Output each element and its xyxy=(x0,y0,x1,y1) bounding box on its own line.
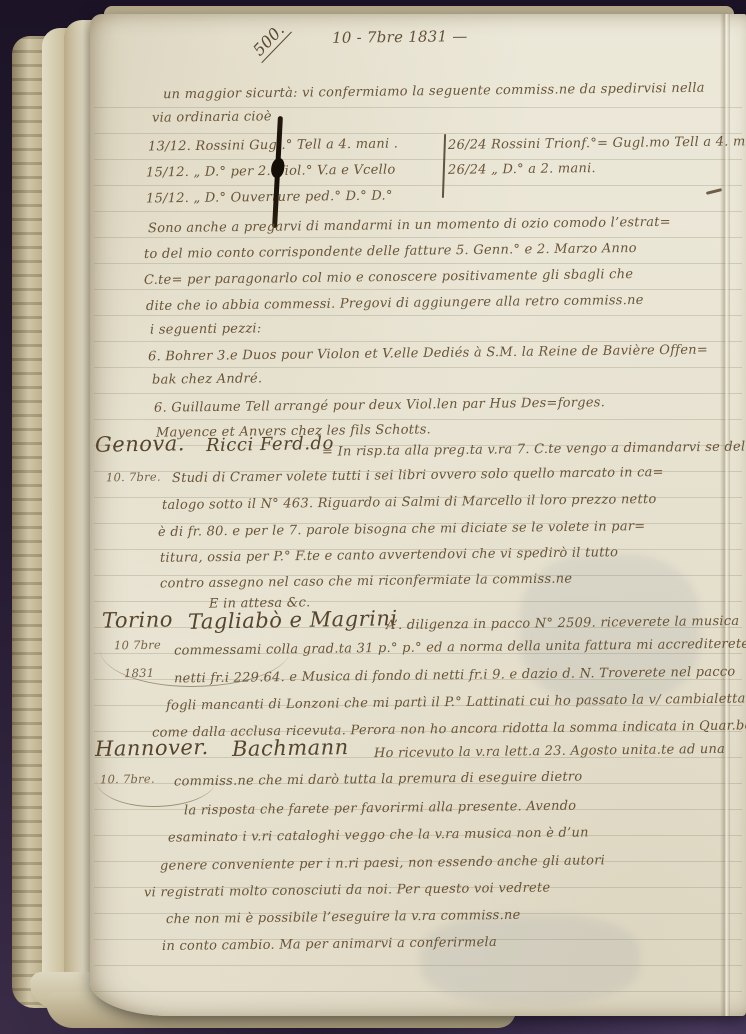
manuscript-line: C.te= per paragonarlo col mio e conoscer… xyxy=(144,267,633,288)
order-row-left: 13/12. Rossini Gugl.° Tell a 4. mani . xyxy=(148,136,398,154)
entry-correspondent-hannover: Bachmann xyxy=(232,735,349,761)
manuscript-line: titura, ossia per P.° F.te e canto avver… xyxy=(160,545,618,566)
manuscript-line: contro assegno nel caso che mi riconferm… xyxy=(160,571,572,591)
manuscript-line: Sono anche a pregarvi di mandarmi in un … xyxy=(148,215,671,236)
order-row-right: 26/24 „ D.° a 2. mani. xyxy=(448,161,596,178)
entry-place-torino: Torino xyxy=(102,607,173,632)
ink-blot xyxy=(272,116,283,228)
date-header: 10 - 7bre 1831 — xyxy=(332,27,468,47)
page-crease xyxy=(720,14,730,1016)
manuscript-line: in conto cambio. Ma per animarvi a confe… xyxy=(162,935,497,954)
manuscript-page: 500. 10 - 7bre 1831 — un maggior sicurtà… xyxy=(90,14,746,1016)
manuscript-line: talogo sotto il N° 463. Riguardo ai Salm… xyxy=(162,492,657,513)
manuscript-line: Ho ricevuto la v.ra lett.a 23. Agosto un… xyxy=(374,742,725,761)
manuscript-line: commiss.ne che mi darò tutta la premura … xyxy=(174,770,583,790)
order-row-left: 15/12. „ D.° Ouverture ped.° D.° D.° xyxy=(146,188,393,206)
manuscript-line: un maggior sicurtà: vi confermiamo la se… xyxy=(163,81,705,103)
margin-date-genova: 10. 7bre. xyxy=(106,470,161,485)
entry-correspondent-genova: Ricci Ferd.do xyxy=(206,433,334,456)
table-column-divider-stroke xyxy=(442,134,446,198)
manuscript-line: = In risp.ta alla preg.ta v.ra 7. C.te v… xyxy=(322,439,746,459)
manuscript-line: via ordinaria cioè xyxy=(152,109,272,125)
manuscript-line: genere conveniente per i n.ri paesi, non… xyxy=(160,853,605,873)
manuscript-line: commessami colla grad.ta 31 p.° p.° ed a… xyxy=(174,636,746,658)
stray-ink-mark xyxy=(706,188,722,195)
manuscript-line: 6. Bohrer 3.e Duos pour Violon et V.elle… xyxy=(148,343,708,365)
manuscript-line: vi registrati molto conosciuti da noi. P… xyxy=(144,881,551,901)
manuscript-line: Studi di Cramer volete tutti i sei libri… xyxy=(172,465,664,486)
manuscript-line: che non mi è possibile l’eseguire la v.r… xyxy=(166,908,521,927)
manuscript-line: la risposta che farete per favorirmi all… xyxy=(184,799,576,819)
manuscript-line: i seguenti pezzi: xyxy=(150,321,262,337)
manuscript-line: A’. diligenza in pacco N° 2509. ricevere… xyxy=(386,614,740,633)
ink-bleed-through xyxy=(420,914,640,1004)
page-number: 500. xyxy=(247,18,292,63)
manuscript-line: è di fr. 80. e per le 7. parole bisogna … xyxy=(158,519,646,540)
entry-place-genova: Genova. xyxy=(95,431,185,457)
entry-correspondent-torino: Tagliabò e Magrini xyxy=(188,606,398,634)
entry-place-hannover: Hannover. xyxy=(95,735,209,761)
manuscript-line: bak chez André. xyxy=(152,371,262,387)
manuscript-line: 6. Guillaume Tell arrangé pour deux Viol… xyxy=(154,395,605,416)
order-row-right: 26/24 Rossini Trionf.°= Gugl.mo Tell a 4… xyxy=(448,134,746,153)
manuscript-line: esaminato i v.ri cataloghi veggo che la … xyxy=(168,825,589,845)
manuscript-line: fogli mancanti di Lonzoni che mi partì i… xyxy=(166,691,746,713)
manuscript-line: dite che io abbia commessi. Pregovi di a… xyxy=(146,293,644,314)
manuscript-line: to del mio conto corrispondente delle fa… xyxy=(144,241,637,262)
